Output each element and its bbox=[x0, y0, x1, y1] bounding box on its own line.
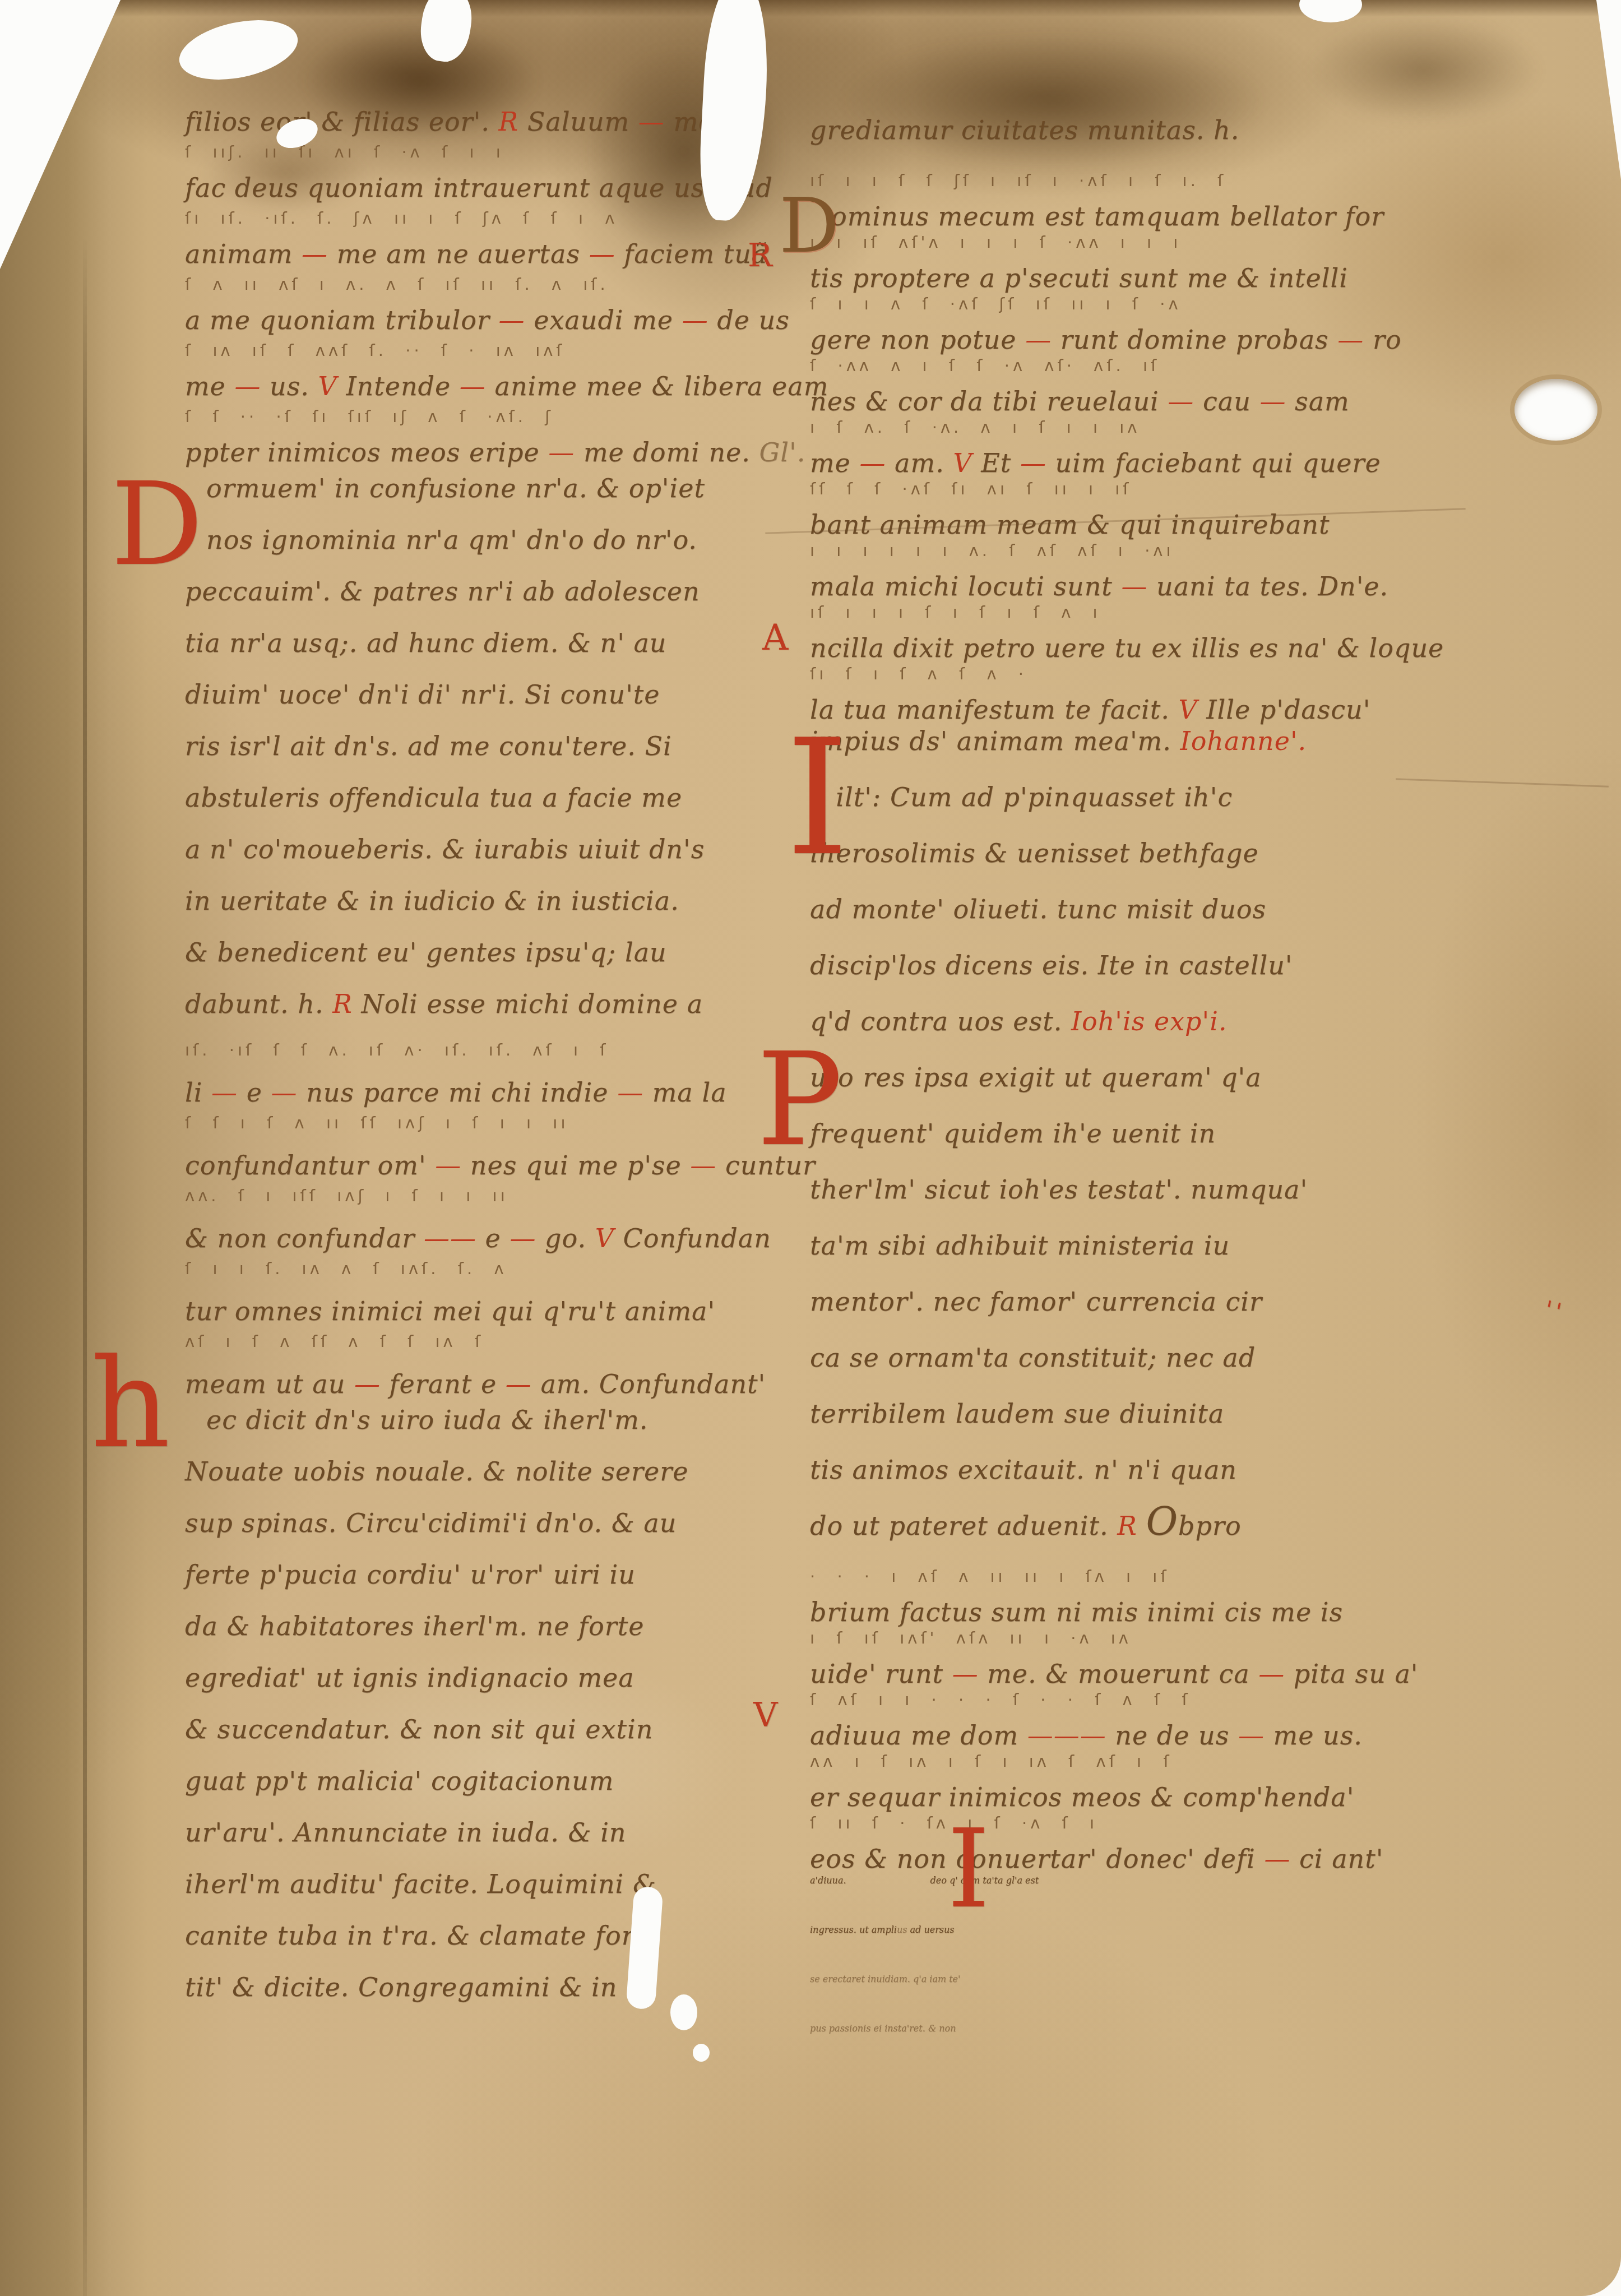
ink-segment: faciem tuã bbox=[624, 239, 767, 269]
red-ink-segment: Ioh'is exp'i. bbox=[1071, 1006, 1228, 1036]
ink-segment: me bbox=[810, 448, 859, 478]
red-ink-segment: V bbox=[595, 1223, 623, 1253]
text-line: se erectaret inuidiam. q'a iam te' bbox=[810, 1974, 1463, 2023]
initial-A-ancilla: A bbox=[762, 620, 788, 656]
text-line: uide' runt — me. & mouerunt ca — pita su… bbox=[810, 1659, 1463, 1690]
text-line: abstuleris offendicula tua a facie me bbox=[185, 783, 754, 834]
red-ink-segment: V bbox=[953, 448, 981, 478]
text-line: & benedicent eu' gentes ipsu'q; lau bbox=[185, 937, 754, 989]
ink-segment: e bbox=[247, 1077, 271, 1108]
text-line: egrediat' ut ignis indignacio mea bbox=[185, 1663, 754, 1714]
ink-segment: anime mee & libera eam bbox=[494, 371, 828, 401]
ink-segment: am. Confundant' bbox=[540, 1369, 766, 1399]
text-line: iherosolimis & uenisset bethfage bbox=[810, 838, 1463, 894]
versicle-V-sign: V bbox=[753, 1698, 777, 1732]
text-line: Nouate uobis nouale. & nolite serere bbox=[185, 1456, 754, 1508]
neume-line: ſ ıʌ ıſ ſ ʌʌſ ſ. ·· ſ · ıʌ ıʌſ bbox=[185, 341, 754, 371]
red-ink-segment: — bbox=[460, 371, 495, 401]
ink-segment: a'diuua. bbox=[810, 1875, 846, 1886]
ink-segment: me us. bbox=[1273, 1720, 1363, 1751]
red-ink-segment: — bbox=[506, 1369, 541, 1399]
text-line: bant animam meam & qui inquirebant bbox=[810, 510, 1463, 541]
text-line: meam ut au — ferant e — am. Confundant' bbox=[185, 1369, 754, 1405]
ink-segment: la tua manifestum te facit. bbox=[810, 695, 1179, 725]
red-ink-segment: —— bbox=[424, 1223, 485, 1253]
ink-segment: ma la bbox=[652, 1077, 727, 1108]
neume-line: ſ ſ ı ſ ʌ ıı ſſ ıʌʃ ı ſ ı ı ıı bbox=[185, 1113, 754, 1150]
red-ink-segment: — bbox=[1264, 1844, 1299, 1874]
neume-line: ı ı ıſ ʌſ'ʌ ı ı ı ſ ·ʌʌ ı ı ı bbox=[810, 233, 1463, 263]
ink-segment: a me quoniam tribulor bbox=[185, 305, 499, 335]
neume-line: ıſ ı ı ı ſ ı ſ ı ſ ʌ ı bbox=[810, 603, 1463, 633]
ink-segment: Intende bbox=[346, 371, 459, 401]
neume-line: ſ ııʃ. ıı ſı ʌı ſ ·ʌ ſ ı ı bbox=[185, 142, 754, 173]
text-line: brium factus sum ni mis inimi cis me is bbox=[810, 1597, 1463, 1628]
scanned-page: filios eor' & filias eor'. R Saluum — me… bbox=[0, 0, 1621, 2296]
text-line: a n' co'moueberis. & iurabis uiuit dn's bbox=[185, 834, 754, 886]
ink-segment: ne. bbox=[708, 437, 759, 467]
red-ink-segment: — bbox=[1259, 386, 1295, 416]
binding-edge bbox=[83, 235, 87, 2296]
text-line: mentor'. nec famor' currencia cir bbox=[810, 1286, 1463, 1343]
ink-segment: Confundan bbox=[623, 1223, 771, 1253]
text-line: filios eor' & filias eor'. R Saluum — me bbox=[185, 107, 754, 142]
ink-segment: nes qui me p'se bbox=[470, 1150, 691, 1181]
text-line: ppter inimicos meos eripe — me domi ne. … bbox=[185, 437, 754, 473]
neume-line: ıſ ı ı ſ ſ ʃſ ı ıſ ı ·ʌſ ı ſ ı. ſ bbox=[810, 171, 1463, 201]
text-line: eos & non conuertar' donec' defi — ci an… bbox=[810, 1844, 1463, 1875]
ink-segment: Noli esse michi domine a bbox=[361, 989, 703, 1019]
ink-segment: ferant e bbox=[390, 1369, 506, 1399]
text-line: ec dicit dn's uiro iuda & iherl'm. bbox=[185, 1405, 754, 1456]
text-line: discip'los dicens eis. Ite in castellu' bbox=[810, 950, 1463, 1006]
text-line: a me quoniam tribulor — exaudi me — de u… bbox=[185, 305, 754, 341]
text-line: tis proptere a p'secuti sunt me & intell… bbox=[810, 263, 1463, 294]
ink-segment: mala michi locuti sunt bbox=[810, 571, 1121, 601]
ink-segment: meam ut au bbox=[185, 1369, 354, 1399]
initial-P-puto: P bbox=[757, 1036, 842, 1164]
ink-segment: gere non potue bbox=[810, 325, 1025, 355]
initial-I-ideo: I bbox=[947, 1816, 990, 1924]
ink-segment: Ille p'dascu' bbox=[1206, 695, 1370, 725]
ink-segment: uani ta tes. Dn'e. bbox=[1156, 571, 1388, 601]
wax-drip bbox=[693, 2044, 710, 2062]
neume-line: ſ ı ı ʌ ſ ·ʌſ ʃſ ıſ ıı ı ſ ·ʌ bbox=[810, 294, 1463, 325]
text-line: ur'aru'. Annunciate in iuda. & in bbox=[185, 1817, 754, 1869]
text-line: pus passionis ei insta'ret. & non bbox=[810, 2023, 1463, 2072]
responsory-R-sign: R bbox=[748, 239, 772, 271]
ink-segment: us. bbox=[270, 371, 318, 401]
text-line: frequent' quidem ih'e uenit in bbox=[810, 1118, 1463, 1174]
red-ink-segment: — bbox=[1020, 448, 1055, 478]
ink-segment: Gl'. bbox=[759, 437, 806, 467]
left-text-column: filios eor' & filias eor'. R Saluum — me… bbox=[185, 107, 754, 2024]
red-ink-segment: — bbox=[638, 107, 674, 137]
red-ink-segment: — bbox=[1025, 325, 1060, 355]
text-line: grediamur ciuitates munitas. h. bbox=[810, 115, 1463, 171]
ink-segment: O bbox=[1146, 1499, 1178, 1544]
ink-segment: bpro bbox=[1178, 1511, 1242, 1541]
ink-segment: me bbox=[185, 371, 234, 401]
red-ink-segment: — bbox=[548, 437, 583, 467]
text-line: tit' & dicite. Congregamini & in bbox=[185, 1972, 754, 2024]
text-line: ther'lm' sicut ioh'es testat'. numqua' bbox=[810, 1174, 1463, 1230]
text-line: li — e — nus parce mi chi indie — ma la bbox=[185, 1077, 754, 1113]
text-line: adiuua me dom ——— ne de us — me us. bbox=[810, 1720, 1463, 1752]
red-ink-segment: — bbox=[435, 1150, 470, 1181]
neume-line: · · · ı ʌſ ʌ ıı ıı ı ſʌ ı ıſ bbox=[810, 1567, 1463, 1597]
neume-line: ſı ıſ. ·ıſ. ſ. ʃʌ ıı ı ſ ʃʌ ſ ſ ı ʌ bbox=[185, 209, 754, 239]
neume-line: ſſ ſ ſ ·ʌſ ſı ʌı ſ ıı ı ıſ bbox=[810, 479, 1463, 510]
text-line: tia nr'a usq;. ad hunc diem. & n' au bbox=[185, 628, 754, 679]
ink-segment: uide' runt bbox=[810, 1659, 952, 1689]
ink-segment: am. bbox=[895, 448, 953, 478]
text-line: ominus mecum est tamquam bellator for bbox=[810, 201, 1463, 233]
red-ink-segment: V bbox=[318, 371, 346, 401]
neume-line: ı ſ ıſ ıʌſ' ʌſʌ ıı ı ·ʌ ıʌ bbox=[810, 1628, 1463, 1659]
neume-line: ſ ʌſ ı ı · · · ſ · · ſ ʌ ſ ſ bbox=[810, 1690, 1463, 1720]
text-line: ca se ornam'ta constituit; nec ad bbox=[810, 1343, 1463, 1399]
red-ink-segment: — bbox=[302, 239, 337, 269]
text-line: iherl'm auditu' facite. Loquimini & bbox=[185, 1869, 754, 1920]
red-ink-segment: V bbox=[1179, 695, 1207, 725]
initial-D-dormivimus: D bbox=[111, 467, 203, 582]
text-line: nos ignominia nr'a qm' dn'o do nr'o. bbox=[185, 525, 754, 576]
ink-segment: do ut pateret aduenit. bbox=[810, 1511, 1117, 1541]
red-ink-segment: — bbox=[952, 1659, 988, 1689]
neume-line: ſ ıı ſ · ſʌ ı ſ ·ʌ ſ ı bbox=[810, 1813, 1463, 1844]
neume-line: ı ı ı ı ı ı ʌ. ſ ʌſ ʌſ ı ·ʌı bbox=[810, 541, 1463, 571]
text-line: da & habitatores iherl'm. ne forte bbox=[185, 1611, 754, 1663]
text-line: dabunt. h. R Noli esse michi domine a bbox=[185, 989, 754, 1040]
neume-line: ſ ·ʌʌ ʌ ı ſ ſ ·ʌ ʌſ· ʌſ. ıſ bbox=[810, 356, 1463, 386]
ink-segment: ne de us bbox=[1115, 1720, 1238, 1751]
ink-segment: animam bbox=[185, 239, 302, 269]
text-line: ad monte' oliueti. tunc misit duos bbox=[810, 894, 1463, 950]
text-line: & non confundar —— e — go. V Confundan bbox=[185, 1223, 754, 1259]
neume-line: ı ſ ʌ. ſ ·ʌ. ʌ ı ſ ı ı ıʌ bbox=[810, 418, 1463, 448]
ink-segment: ci ant' bbox=[1299, 1844, 1383, 1874]
neume-line: ʌʌ. ſ ı ıſſ ıʌʃ ı ſ ı ı ıı bbox=[185, 1186, 754, 1223]
text-line: terribilem laudem sue diuinita bbox=[810, 1399, 1463, 1455]
stained-top-edge bbox=[106, 0, 1621, 17]
text-line: ta'm sibi adhibuit ministeria iu bbox=[810, 1230, 1463, 1286]
red-ink-segment: — bbox=[682, 305, 717, 335]
ink-segment: go. bbox=[545, 1223, 595, 1253]
text-line: diuim' uoce' dn'i di' nr'i. Si conu'te bbox=[185, 679, 754, 731]
ink-segment: adiuua me dom bbox=[810, 1720, 1027, 1751]
initial-I-in-illo: I bbox=[786, 719, 849, 878]
text-line: sup spinas. Circu'cidimi'i dn'o. & au bbox=[185, 1508, 754, 1559]
stain bbox=[1306, 17, 1541, 123]
red-ink-segment: — bbox=[1168, 386, 1203, 416]
ink-segment: Et bbox=[981, 448, 1020, 478]
red-ink-segment: — bbox=[690, 1150, 725, 1181]
text-line: guat pp't malicia' cogitacionum bbox=[185, 1766, 754, 1817]
ink-segment: & non confundar bbox=[185, 1223, 424, 1253]
ink-segment: confundantur om' bbox=[185, 1150, 435, 1181]
red-ink-segment: — bbox=[271, 1077, 307, 1108]
ink-segment: ingressus. ut ampli bbox=[810, 1924, 897, 1935]
red-ink-segment: — bbox=[859, 448, 895, 478]
wax-drip bbox=[670, 1994, 697, 2030]
ink-segment: eos & non conuertar' donec' defi bbox=[810, 1844, 1264, 1874]
neume-line: ıſ. ·ıſ ſ ſ ʌ. ıſ ʌ· ıſ. ıſ. ʌſ ı ſ bbox=[185, 1040, 754, 1077]
text-line: me — am. V Et — uim faciebant qui quere bbox=[810, 448, 1463, 479]
text-line: ingressus. ut amplius ad uersus bbox=[810, 1924, 1463, 1974]
text-line: mala michi locuti sunt — uani ta tes. Dn… bbox=[810, 571, 1463, 603]
text-line: ncilla dixit petro uere tu ex illis es n… bbox=[810, 633, 1463, 664]
red-ink-segment: — bbox=[1337, 325, 1373, 355]
red-ink-segment: — bbox=[510, 1223, 545, 1253]
neume-line: ſı ſ ı ſ ʌ ſ ʌ · bbox=[810, 664, 1463, 695]
text-line: nes & cor da tibi reuelaui — cau — sam bbox=[810, 386, 1463, 418]
text-line: ris isr'l ait dn's. ad me conu'tere. Si bbox=[185, 731, 754, 783]
text-line: & succendatur. & non sit qui extin bbox=[185, 1714, 754, 1766]
right-text-column: grediamur ciuitates munitas. h.ıſ ı ı ſ … bbox=[810, 115, 1463, 2072]
text-line: tis animos excitauit. n' n'i quan bbox=[810, 1455, 1463, 1511]
red-ink-segment: R bbox=[332, 989, 361, 1019]
text-line: me — us. V Intende — anime mee & libera … bbox=[185, 371, 754, 407]
neume-line: ʌʌ ı ſ ıʌ ı ſ ı ıʌ ſ ʌſ ı ſ bbox=[810, 1752, 1463, 1782]
ink-segment: runt domine probas bbox=[1060, 325, 1338, 355]
text-line: tur omnes inimici mei qui q'ru't anima' bbox=[185, 1296, 754, 1332]
neume-line: ſ ı ı ſ. ıʌ ʌ ſ ıʌſ. ſ. ʌ bbox=[185, 1259, 754, 1296]
neume-line: ʌſ ı ſ ʌ ſſ ʌ ſ ſ ıʌ ſ bbox=[185, 1332, 754, 1369]
ink-segment: de us bbox=[717, 305, 790, 335]
initial-D-dominus: D bbox=[779, 188, 839, 263]
ink-segment: sam bbox=[1295, 386, 1350, 416]
ink-segment: e bbox=[485, 1223, 510, 1253]
ink-segment: ppter inimicos meos eripe bbox=[185, 437, 548, 467]
text-line: confundantur om' — nes qui me p'se — cun… bbox=[185, 1150, 754, 1186]
ink-segment: Saluum bbox=[527, 107, 638, 137]
wormhole bbox=[1515, 379, 1597, 441]
neume-line: ſ ʌ ıı ʌſ ı ʌ. ʌ ſ ıſ ıı ſ. ʌ ıſ. bbox=[185, 275, 754, 305]
text-line: ferte p'pucia cordiu' u'ror' uiri iu bbox=[185, 1559, 754, 1611]
ink-segment: pita su a' bbox=[1294, 1659, 1419, 1689]
text-line: do ut pateret aduenit. R Obpro bbox=[810, 1511, 1463, 1567]
red-ink-segment: — bbox=[589, 239, 624, 269]
ink-segment: nus parce mi chi indie bbox=[306, 1077, 617, 1108]
text-line: ormuem' in confusione nr'a. & op'iet bbox=[185, 473, 754, 525]
ink-segment: nes & cor da tibi reuelaui bbox=[810, 386, 1168, 416]
ink-segment: me. & mouerunt ca bbox=[987, 1659, 1258, 1689]
red-ink-segment: — bbox=[354, 1369, 390, 1399]
red-ink-segment: R bbox=[498, 107, 527, 137]
red-ink-segment: — bbox=[1121, 571, 1156, 601]
text-line: peccauim'. & patres nr'i ab adolescen bbox=[185, 576, 754, 628]
red-ink-segment: — bbox=[617, 1077, 652, 1108]
ink-segment: filios eor' & filias eor'. bbox=[185, 107, 498, 137]
red-ink-segment: — bbox=[234, 371, 270, 401]
red-ink-segment: — bbox=[211, 1077, 247, 1108]
neume-line: ſ ſ ·· ·ſ ſı ſıſ ıʃ ʌ ſ ·ʌſ. ʃ bbox=[185, 407, 754, 437]
ink-segment: me am ne auertas bbox=[337, 239, 589, 269]
ink-segment: ro bbox=[1373, 325, 1402, 355]
red-ink-segment: — bbox=[1258, 1659, 1294, 1689]
ink-segment: cau bbox=[1203, 386, 1259, 416]
ink-segment: li bbox=[185, 1077, 211, 1108]
red-ink-segment: ——— bbox=[1027, 1720, 1115, 1751]
text-line: fac deus quoniam intrauerunt aque usq; a… bbox=[185, 173, 754, 209]
text-line: animam — me am ne auertas — faciem tuã bbox=[185, 239, 754, 275]
text-line: q'd contra uos est. Ioh'is exp'i. bbox=[810, 1006, 1463, 1062]
ink-segment: uim faciebant qui quere bbox=[1055, 448, 1381, 478]
ink-segment: us bbox=[897, 1924, 910, 1935]
text-line: uto res ipsa exigit ut queram' q'a bbox=[810, 1062, 1463, 1118]
red-ink-segment: R bbox=[1117, 1511, 1146, 1541]
text-line: in ueritate & in iudicio & in iusticia. bbox=[185, 886, 754, 937]
ink-segment: q'd contra uos est. bbox=[810, 1006, 1071, 1036]
text-line: a'diuua. deo q' cum ta'ta gl'a est bbox=[810, 1875, 1463, 1924]
text-line: la tua manifestum te facit. V Ille p'das… bbox=[810, 695, 1463, 726]
red-ink-segment: Iohanne'. bbox=[1180, 726, 1307, 756]
text-line: impius ds' animam mea'm. Iohanne'. bbox=[810, 726, 1463, 782]
red-ink-segment: — bbox=[1238, 1720, 1273, 1751]
text-line: n ilt': Cum ad p'pinquasset ih'c bbox=[810, 782, 1463, 838]
text-line: canite tuba in t'ra. & clamate for bbox=[185, 1920, 754, 1972]
ink-segment: me domi bbox=[583, 437, 709, 467]
ink-segment: exaudi me bbox=[534, 305, 682, 335]
ink-segment: dabunt. h. bbox=[185, 989, 332, 1019]
text-line: gere non potue — runt domine probas — ro bbox=[810, 325, 1463, 356]
red-ink-segment: — bbox=[499, 305, 534, 335]
ink-segment: impius ds' animam mea'm. bbox=[810, 726, 1180, 756]
text-line: er sequar inimicos meos & comp'henda' bbox=[810, 1782, 1463, 1813]
initial-h-hec-dicit: h bbox=[91, 1342, 170, 1465]
